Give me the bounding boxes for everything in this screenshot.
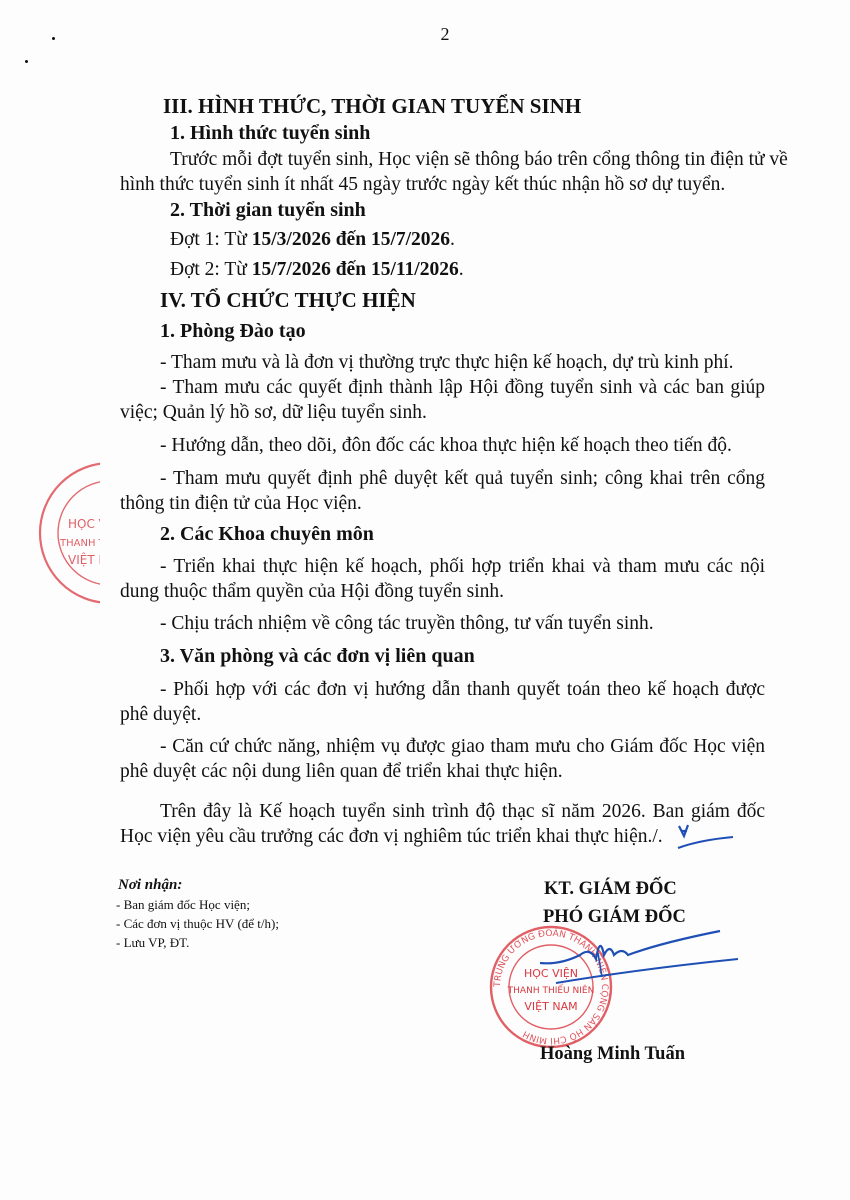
section-3-title: III. HÌNH THỨC, THỜI GIAN TUYỂN SINH — [163, 94, 581, 119]
recipient-item: - Ban giám đốc Học viện; — [116, 897, 250, 913]
section-3-2-title: 2. Thời gian tuyển sinh — [170, 199, 366, 222]
svg-text:HỌC VIỆN: HỌC VIỆN — [68, 516, 100, 531]
section-4-3-item-cont: phê duyệt. — [120, 704, 201, 726]
svg-text:THANH THIẾU NIÊN: THANH THIẾU NIÊN — [59, 535, 100, 549]
section-4-3-item-cont: phê duyệt các nội dung liên quan để triể… — [120, 761, 563, 783]
round-1-end: 15/7/2026 — [371, 229, 450, 250]
section-4-2-item: - Triển khai thực hiện kế hoạch, phối hợ… — [160, 556, 765, 578]
section-4-1-item: - Hướng dẫn, theo dõi, đôn đốc các khoa … — [160, 435, 732, 457]
section-4-3-item: - Phối hợp với các đơn vị hướng dẫn than… — [160, 679, 765, 701]
initial-mark-icon — [675, 822, 735, 852]
closing-line1: Trên đây là Kế hoạch tuyển sinh trình độ… — [160, 801, 765, 823]
section-3-1-paragraph-line1: Trước mỗi đợt tuyển sinh, Học viện sẽ th… — [170, 149, 765, 171]
section-4-3-item: - Căn cứ chức năng, nhiệm vụ được giao t… — [160, 736, 765, 758]
round-1-start: 15/3/2026 — [252, 229, 331, 250]
section-4-1-item: - Tham mưu quyết định phê duyệt kết quả … — [160, 468, 765, 490]
recipient-item: - Lưu VP, ĐT. — [116, 935, 189, 951]
round-2-start: 15/7/2026 — [252, 259, 331, 280]
recipient-item: - Các đơn vị thuộc HV (để t/h); — [116, 916, 279, 932]
round-2-end: 15/11/2026 — [371, 259, 459, 280]
round-1: Đợt 1: Từ 15/3/2026 đến 15/7/2026. — [170, 229, 455, 251]
section-4-1-item-cont: việc; Quản lý hồ sơ, dữ liệu tuyển sinh. — [120, 402, 427, 424]
section-4-1-item-cont: thông tin điện tử của Học viện. — [120, 493, 362, 515]
signer-title-1: KT. GIÁM ĐỐC — [544, 879, 677, 900]
section-4-1-title: 1. Phòng Đào tạo — [160, 320, 306, 343]
section-4-3-title: 3. Văn phòng và các đơn vị liên quan — [160, 645, 475, 668]
section-4-2-item-cont: dung thuộc thẩm quyền của Hội đồng tuyển… — [120, 581, 504, 603]
section-3-1-title: 1. Hình thức tuyển sinh — [170, 122, 370, 145]
svg-text:VIỆT NAM: VIỆT NAM — [68, 552, 100, 567]
section-3-1-paragraph-line2: hình thức tuyển sinh ít nhất 45 ngày trư… — [120, 174, 725, 196]
recipients-title: Nơi nhận: — [118, 877, 182, 894]
scan-speck — [25, 60, 28, 63]
round-2: Đợt 2: Từ 15/7/2026 đến 15/11/2026. — [170, 259, 464, 281]
section-4-1-item: - Tham mưu và là đơn vị thường trực thực… — [160, 352, 734, 374]
page-number: 2 — [0, 24, 850, 45]
section-4-2-title: 2. Các Khoa chuyên môn — [160, 523, 374, 546]
section-4-2-item: - Chịu trách nhiệm về công tác truyền th… — [160, 613, 654, 635]
signer-name: Hoàng Minh Tuấn — [540, 1044, 685, 1065]
section-4-title: IV. TỔ CHỨC THỰC HIỆN — [160, 288, 416, 313]
section-4-1-item: - Tham mưu các quyết định thành lập Hội … — [160, 377, 765, 399]
stamp-partial-icon: HỌC VIỆN THANH THIẾU NIÊN VIỆT NAM — [20, 458, 100, 608]
handwritten-signature-icon — [540, 925, 740, 1005]
closing-line2: Học viện yêu cầu trưởng các đơn vị nghiê… — [120, 826, 663, 848]
